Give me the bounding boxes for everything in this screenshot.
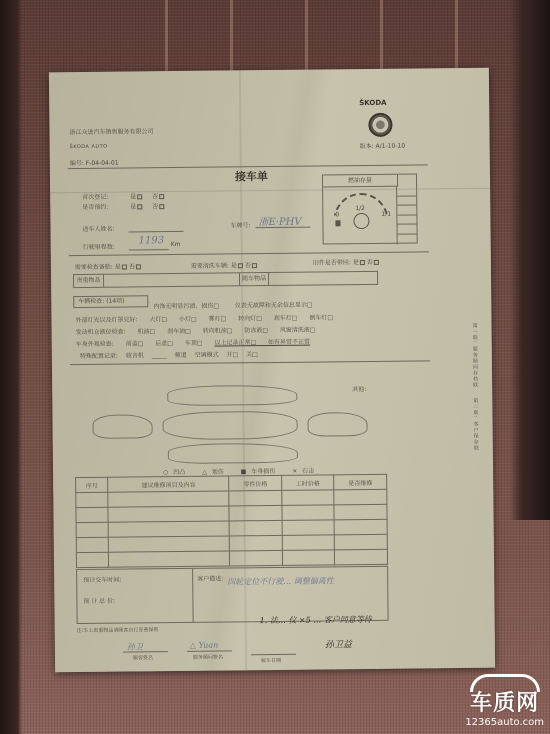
inspection-header: 车辆检查: (14项)	[73, 295, 148, 308]
checkbox[interactable]	[137, 194, 142, 199]
scratch-icon: △	[202, 469, 207, 476]
stone-chip-icon: ×	[292, 468, 297, 475]
accessories-input[interactable]	[269, 272, 377, 285]
document-number: 编号: F-04-04-01	[70, 158, 119, 168]
fuel-level-box: 燃油存量 0 1/2 1/1	[322, 173, 418, 244]
column-header: 是否维修	[334, 474, 387, 490]
mileage-label: 行驶里程数:	[83, 242, 115, 251]
inspection-item[interactable]: 小灯□	[179, 316, 197, 323]
option-label: 否	[152, 203, 158, 210]
signature-line	[187, 650, 232, 651]
table-cell[interactable]	[108, 491, 229, 507]
watermark-text: 车质网	[465, 686, 544, 717]
table-cell[interactable]	[230, 535, 283, 551]
valuables-input[interactable]	[104, 273, 239, 286]
checkbox[interactable]	[238, 263, 243, 268]
inspection-label: 特殊配置记录:	[80, 353, 118, 360]
option-label: 是	[231, 262, 237, 269]
inspection-item[interactable]: 关□	[246, 351, 258, 358]
checkbox[interactable]	[159, 204, 164, 209]
table-row	[76, 549, 387, 567]
option-label: 是	[115, 264, 121, 271]
inspection-item[interactable]: 刹车油□	[167, 328, 191, 335]
inspection-row: 外部灯光以及灯罩完好: 大灯□ 小灯□ 雾灯□ 转向灯□ 刹车灯□ 倒车灯□	[75, 312, 333, 324]
signature-line	[123, 651, 168, 652]
fuel-mark-full: 1/1	[381, 211, 391, 218]
inspection-item[interactable]: 仪表无故障和无余信息显示□	[235, 302, 313, 310]
inspection-label: 外部灯光以及灯罩完好:	[75, 316, 137, 324]
copy-label: 第一联: 服务顾问存档联	[472, 323, 480, 388]
option-label: 是	[353, 259, 359, 266]
dent-icon: ○	[163, 469, 168, 476]
section-divider	[70, 360, 430, 365]
brand-name: ŠKODA AUTO	[70, 144, 108, 150]
pickup-time-label: 预计交车时间:	[83, 575, 121, 584]
checkbox[interactable]	[360, 260, 365, 265]
customer-description-line-2: 1. 法… 仪 ×5 … 客户同意等待	[260, 614, 372, 626]
version: 版本: A/1-10-10	[360, 141, 406, 150]
mileage-value: 1193	[139, 235, 165, 246]
table-cell[interactable]	[109, 536, 230, 552]
inspection-item[interactable]: 转向灯□	[238, 315, 262, 322]
version-label: 版本:	[360, 143, 374, 150]
inspection-item: 空调模式	[195, 352, 219, 359]
plate-input[interactable]	[256, 227, 311, 229]
table-cell[interactable]	[109, 551, 230, 567]
skoda-logo-icon	[368, 113, 392, 137]
watermark-url: 12365auto.com	[465, 717, 544, 728]
signature-line	[251, 654, 296, 655]
check-spare-field: 需要检查备胎: 是 否	[75, 261, 141, 271]
fuel-mark-empty: 0	[335, 211, 339, 218]
estimate-label: 预 计 总 价:	[83, 596, 115, 605]
inspection-item[interactable]: 刹车灯□	[274, 315, 298, 322]
valuables-label: 贵重物品	[74, 275, 104, 287]
car-damage-diagram[interactable]	[92, 384, 353, 467]
inspection-item[interactable]: 以上记录正常□ 如有异常不正常	[214, 339, 310, 347]
fuel-pump-icon	[335, 220, 340, 226]
option-label: 否	[152, 193, 158, 200]
seat-seam	[165, 0, 168, 80]
table-cell[interactable]	[282, 505, 335, 521]
checkbox[interactable]	[159, 194, 164, 199]
table-cell[interactable]	[108, 506, 229, 522]
inspection-item[interactable]: 机油□	[138, 328, 156, 335]
inspection-item: 收音机	[126, 352, 144, 359]
customer-description-label: 客户描述:	[197, 574, 223, 583]
valuables-note: 注:车上贵重物品请顾客自行妥善保管	[77, 626, 159, 634]
table-cell[interactable]	[76, 522, 108, 537]
table-cell[interactable]	[334, 489, 387, 505]
plate-label: 车牌号:	[230, 220, 250, 229]
accessories-label: 随车物品	[239, 273, 269, 285]
column-header: 建议维修项目及内容	[108, 476, 229, 492]
skoda-wordmark: ŠKODA	[359, 99, 386, 107]
field-label: 旧件是否带回:	[313, 259, 351, 266]
inspection-label: 车身外观检查:	[76, 341, 114, 348]
inspection-item[interactable]: 开□	[226, 351, 238, 358]
inspection-label: 发动机仓液位检查:	[76, 329, 126, 337]
body-damage-icon: ■	[241, 468, 247, 475]
inspection-row: 发动机仓液位检查: 机油□ 刹车油□ 转向机油□ 防冻液□ 风窗清洗液□	[76, 325, 316, 337]
inspection-item[interactable]: 内饰无明显污渍、损伤□	[153, 303, 219, 311]
document-number-label: 编号:	[70, 160, 84, 167]
table-cell[interactable]	[282, 550, 335, 566]
customer-name-input[interactable]	[129, 231, 184, 233]
column-header: 工时价格	[282, 475, 335, 491]
seat-seam	[305, 0, 308, 80]
table-cell[interactable]	[282, 490, 335, 506]
inspection-item[interactable]: 转向机油□	[203, 327, 233, 334]
car-side-bottom-view-icon	[168, 443, 298, 464]
inspection-item[interactable]: 风窗清洗液□	[280, 327, 316, 334]
form-title: 接车单	[235, 168, 268, 184]
table-cell[interactable]	[230, 520, 283, 536]
inspection-item[interactable]: 后盖□	[155, 340, 173, 347]
inspection-item: 频道	[175, 352, 187, 359]
table-cell[interactable]	[76, 552, 108, 567]
advisor-signature[interactable]: △ Yuan	[190, 641, 218, 650]
version-value: A/1-10-10	[376, 143, 406, 150]
column-header: 零件价格	[229, 475, 282, 491]
copy-label: 第二联: 客户保存联	[472, 398, 480, 451]
inspection-item[interactable]: 倒车灯□	[309, 314, 333, 321]
fuel-title: 燃油存量	[323, 175, 398, 188]
fuel-mark-half: 1/2	[355, 205, 365, 212]
checkbox[interactable]	[122, 265, 127, 270]
repair-items-table: 序号 建议维修项目及内容 零件价格 工时价格 是否维修	[75, 474, 388, 568]
option-label: 是	[130, 203, 136, 210]
table-cell[interactable]	[335, 519, 388, 535]
field-label: 需要清洗车辆:	[191, 262, 229, 269]
valuables-row: 贵重物品 随车物品	[73, 271, 378, 288]
signature-label: 服务顾问签名	[193, 654, 223, 661]
need-wash-field: 需要清洗车辆: 是 否	[191, 260, 257, 270]
table-cell[interactable]	[108, 521, 229, 537]
customer-name-label: 送车人姓名:	[82, 224, 114, 233]
car-top-view-icon	[162, 411, 297, 440]
background-shadow-right	[510, 0, 550, 520]
watermark-logo: 车质网 12365auto.com	[465, 674, 544, 728]
option-label: 是	[130, 193, 136, 200]
field-label: 是否预约:	[82, 204, 108, 211]
table-cell[interactable]	[334, 504, 387, 520]
first-registration-field: 首次登记: 是 否	[82, 191, 164, 201]
table-cell[interactable]	[229, 505, 282, 521]
section-divider	[69, 251, 429, 256]
company-name: 浙江众进汽车销售服务有限公司	[69, 126, 153, 136]
other-label: 其他:	[352, 384, 366, 393]
fuel-side-grid	[396, 186, 417, 244]
table-cell[interactable]	[335, 534, 388, 550]
car-front-view-icon	[92, 414, 152, 439]
checkbox[interactable]	[136, 264, 141, 269]
radio-channel-input[interactable]: _____	[152, 352, 167, 359]
inspection-item[interactable]: 防冻液□	[244, 327, 268, 334]
table-cell[interactable]	[76, 507, 108, 522]
car-rear-view-icon	[307, 412, 367, 437]
signature-label: 顾客签名	[133, 654, 153, 661]
checkbox[interactable]	[252, 263, 257, 268]
table-cell[interactable]	[76, 537, 108, 552]
inspection-item[interactable]: 雾灯□	[209, 315, 227, 322]
field-label: 需要检查备胎:	[75, 264, 113, 271]
fuel-gauge-dial-icon	[353, 213, 369, 229]
option-label: 否	[245, 262, 251, 269]
document-number-value: F-04-04-01	[86, 160, 119, 167]
table-cell[interactable]	[282, 535, 335, 551]
option-label: 否	[129, 263, 135, 270]
return-parts-field: 旧件是否带回: 是 否	[313, 257, 379, 267]
inspection-item[interactable]: 大灯□	[149, 316, 167, 323]
table-cell[interactable]	[230, 550, 283, 566]
background-shadow-left	[0, 0, 22, 734]
checkbox[interactable]	[374, 260, 379, 265]
inspection-row: 车身外观检查: 前盖□ 后盖□ 车顶□ 以上记录正常□ 如有异常不正常	[76, 337, 310, 348]
checkbox[interactable]	[137, 204, 142, 209]
box-divider	[192, 569, 194, 622]
table-cell[interactable]	[76, 492, 108, 507]
inspection-row: 特殊配置记录: 收音机 _____ 频道 空调模式 开□ 关□	[80, 349, 258, 360]
seat-seam	[230, 0, 233, 80]
inspection-row: 内饰无明显污渍、损伤□ 仪表无故障和无余信息显示□	[153, 300, 312, 311]
signature-label: 接车日期	[261, 657, 281, 664]
table-cell[interactable]	[335, 549, 388, 565]
car-side-top-view-icon	[167, 385, 297, 406]
customer-description-line-1[interactable]: 四轮定位不行驶… 调整偏离性	[227, 575, 334, 587]
field-label: 首次登记:	[82, 194, 108, 201]
vehicle-reception-form: 浙江众进汽车销售服务有限公司 ŠKODA AUTO 编号: F-04-04-01…	[49, 68, 495, 673]
mileage-input[interactable]	[129, 249, 169, 250]
appointment-field: 是否预约: 是 否	[82, 201, 164, 211]
mileage-unit: Km	[171, 241, 181, 248]
handwritten-name: 孙卫益	[325, 637, 352, 650]
table-cell[interactable]	[282, 520, 335, 536]
inspection-item[interactable]: 前盖□	[126, 340, 144, 347]
option-label: 否	[367, 259, 373, 266]
inspection-item[interactable]: 车顶□	[185, 340, 203, 347]
table-cell[interactable]	[229, 490, 282, 506]
column-header: 序号	[76, 477, 108, 492]
